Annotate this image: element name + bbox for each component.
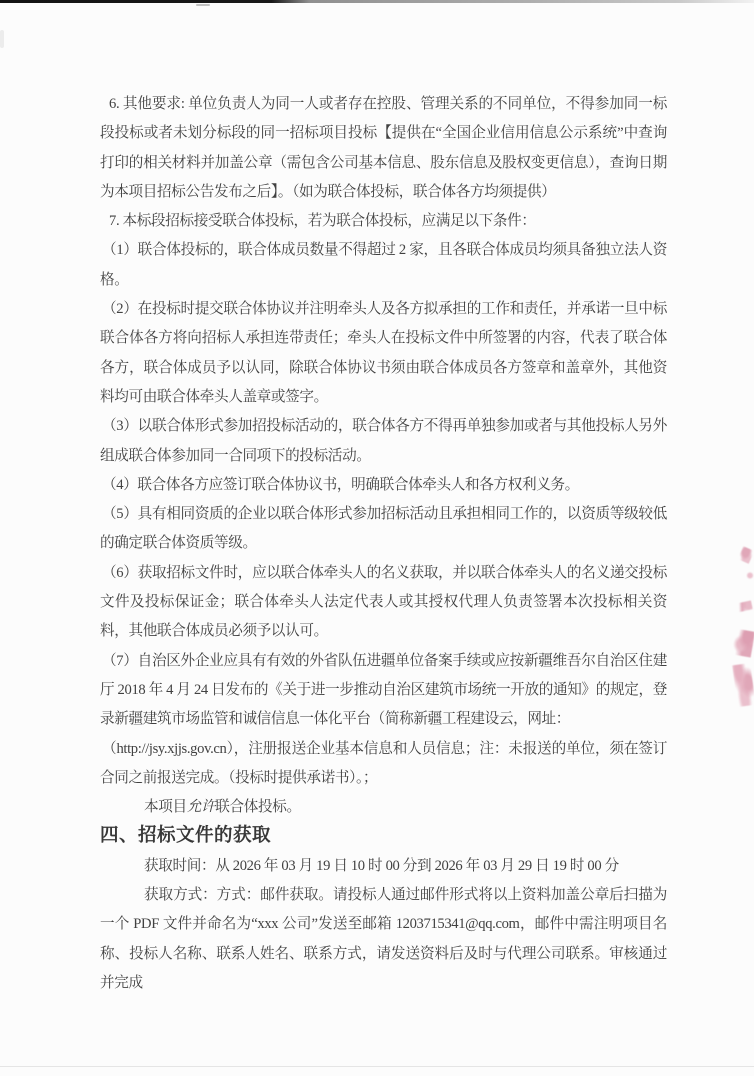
scan-left-notch-artifact xyxy=(0,30,4,48)
scan-top-edge-artifact xyxy=(0,0,754,3)
obtain-time-line: 获取时间：从 2026 年 03 月 19 日 10 时 00 分到 2026 … xyxy=(100,852,667,881)
document-body-text: 6. 其他要求: 单位负责人为同一人或者存在控股、管理关系的不同单位，不得参加同… xyxy=(100,90,667,998)
red-seal-fragment xyxy=(732,663,754,707)
obtain-method-paragraph: 获取方式：方式：邮件获取。请投标人通过邮件形式将以上资料加盖公章后扫描为一个 P… xyxy=(100,881,667,998)
scan-bottom-edge-artifact xyxy=(0,1066,754,1067)
allow-line-suffix: 联合体投标。 xyxy=(215,799,300,815)
clause-7-item-7: （7）自治区外企业应具有有效的外省队伍进疆单位备案手续或应按新疆维吾尔自治区住建… xyxy=(100,647,667,735)
clause-6-other-requirements: 6. 其他要求: 单位负责人为同一人或者存在控股、管理关系的不同单位，不得参加同… xyxy=(100,90,667,207)
allow-line-prefix: 本项目 xyxy=(144,799,187,815)
clause-7-item-7-url-line: （http://jsy.xjjs.gov.cn），注册报送企业基本信息和人员信息… xyxy=(100,735,667,794)
red-seal-fragment xyxy=(735,600,753,612)
clause-7-item-3: （3）以联合体形式参加招投标活动的，联合体各方不得再单独参加或者与其他投标人另外… xyxy=(100,412,667,471)
clause-7-item-2: （2）在投标时提交联合体协议并注明牵头人及各方拟承担的工作和责任，并承诺一旦中标… xyxy=(100,295,667,412)
clause-7-item-4: （4）联合体各方应签订联合体协议书，明确联合体牵头人和各方权利义务。 xyxy=(100,471,667,500)
section-heading-obtain-tender-documents: 四、招标文件的获取 xyxy=(100,822,667,851)
red-seal-fragment xyxy=(746,572,754,579)
red-seal-fragment xyxy=(731,628,754,657)
clause-7-item-1: （1）联合体投标的，联合体成员数量不得超过 2 家，且各联合体成员均须具备独立法… xyxy=(100,236,667,295)
scanned-document-page: 6. 其他要求: 单位负责人为同一人或者存在控股、管理关系的不同单位，不得参加同… xyxy=(0,0,754,1076)
allow-line-italic-word: 允许 xyxy=(187,799,216,815)
red-seal-fragment xyxy=(738,546,754,564)
clause-7-joint-bid-intro: 7. 本标段招标接受联合体投标，若为联合体投标，应满足以下条件： xyxy=(100,207,667,236)
scan-top-dash-artifact xyxy=(196,4,210,6)
allow-joint-bid-line: 本项目允许联合体投标。 xyxy=(100,793,667,822)
clause-7-item-6: （6）获取招标文件时，应以联合体牵头人的名义获取，并以联合体牵头人的名义递交投标… xyxy=(100,559,667,647)
clause-7-item-5: （5）具有相同资质的企业以联合体形式参加招标活动且承担相同工作的，以资质等级较低… xyxy=(100,500,667,559)
